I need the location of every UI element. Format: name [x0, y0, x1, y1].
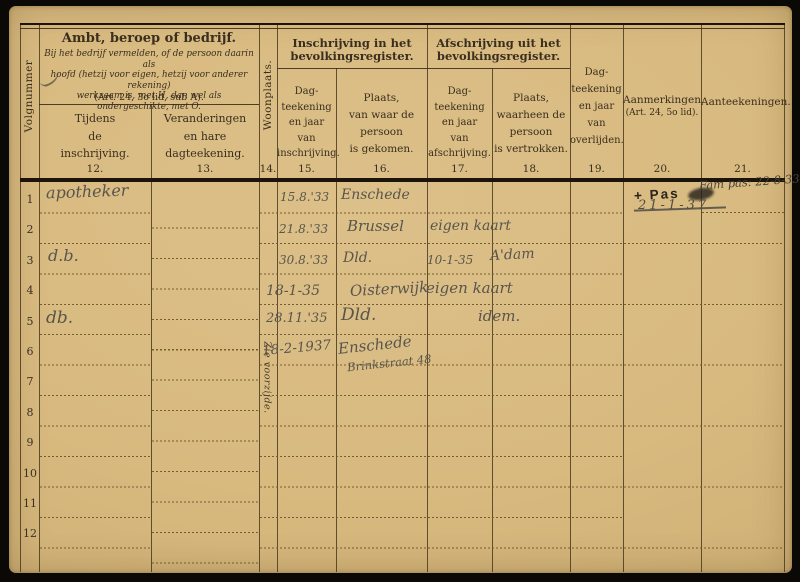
col20-number: 20.	[623, 163, 701, 175]
row-number-8: 8	[20, 406, 40, 419]
row-number-3: 3	[20, 254, 40, 267]
inschrijving-group-title: Inschrijving in het bevolkingsregister.	[277, 37, 427, 63]
col12-number: 12.	[39, 163, 151, 175]
row-number-2: 2	[20, 223, 40, 236]
row-number-12: 12	[20, 527, 40, 540]
col13-label: Veranderingen en hare dagteekening.	[151, 110, 259, 163]
entry-inschrijving-datum-row4: 18-1-35	[266, 284, 320, 299]
col19-label: Dag- teekening en jaar van overlijden.	[570, 64, 623, 149]
col18-label: Plaats, waarheen de persoon is vertrokke…	[492, 90, 570, 158]
entry-inschrijving-datum-row2: 21.8.'33	[279, 223, 328, 236]
col13-number: 13.	[151, 163, 259, 175]
entry-inschrijving-datum-row5: 28.11.'35	[266, 312, 327, 326]
row-number-10: 10	[20, 467, 40, 480]
woonplaats-column-label: Woonplaats.	[262, 50, 274, 140]
grid-line-header-body-separator	[20, 178, 785, 182]
col16-label: Plaats, van waar de persoon is gekomen.	[336, 90, 427, 158]
entry-afschrijving-row5: idem.	[478, 309, 520, 325]
row-number-7: 7	[20, 375, 40, 388]
row-number-6: 6	[20, 345, 40, 358]
row-number-1: 1	[20, 193, 40, 206]
entry-afschrijving-row2: eigen kaart	[430, 219, 511, 234]
entry-beroep-row5: db.	[46, 310, 73, 328]
grid-line-top-outer	[20, 23, 785, 25]
entry-afschrijving-plaats-row3: A'dam	[490, 247, 535, 264]
col12-label: Tijdens de inschrijving.	[39, 110, 151, 163]
grid-line-under-group-headers	[277, 68, 570, 69]
entry-inschrijving-datum-row3: 30.8.'33	[279, 254, 328, 267]
entry-beroep-row3: d.b.	[48, 248, 79, 265]
grid-line-top-inner	[20, 28, 785, 29]
scan-background: Volgnummer Woonplaats. Zie voorzijde. Am…	[0, 0, 800, 582]
col18-number: 18.	[492, 163, 570, 175]
ambt-group-title: Ambt, beroep of bedrijf.	[39, 31, 259, 46]
entry-afschrijving-row4: eigen kaart	[426, 281, 513, 297]
col16-number: 16.	[336, 163, 427, 175]
col20-sublabel: (Art. 24, 5o lid).	[623, 108, 701, 118]
row-number-5: 5	[20, 315, 40, 328]
ambt-group-article: (Art. 24, 3o lid, sub A).	[39, 92, 259, 103]
dotted-lines-col12	[40, 183, 150, 549]
entry-herkomst-row5: Dld.	[341, 307, 376, 325]
row-number-4: 4	[20, 284, 40, 297]
col21-label: Aanteekeningen.	[701, 96, 784, 108]
col14-number: 14.	[259, 163, 277, 175]
grid-line-left-edge	[20, 24, 21, 572]
col15-label: Dag- teekening en jaar van inschrijving.	[277, 84, 336, 162]
entry-beroep-row1: apotheker	[46, 183, 129, 203]
col19-number: 19.	[570, 163, 623, 175]
dotted-lines-col14-19	[260, 183, 622, 549]
volgnummer-column-label: Volgnummer	[23, 51, 35, 141]
dotted-line-col21-row1	[702, 212, 784, 213]
col17-number: 17.	[427, 163, 492, 175]
col15-number: 15.	[277, 163, 336, 175]
col20-label: Aanmerkingen.	[623, 94, 701, 106]
entry-herkomst-row2: Brussel	[347, 219, 404, 235]
entry-afschrijving-datum-row3: 10-1-35	[427, 254, 473, 267]
row-number-11: 11	[20, 497, 40, 510]
dotted-lines-col13-offset	[152, 198, 258, 564]
row-number-9: 9	[20, 436, 40, 449]
entry-herkomst-row3: Dld.	[343, 251, 372, 266]
entry-herkomst-row1: Enschede	[341, 188, 410, 203]
afschrijving-group-title: Afschrijving uit het bevolkingsregister.	[427, 37, 570, 63]
col17-label: Dag- teekening en jaar van afschrijving.	[427, 84, 492, 162]
dotted-lines-col20-21	[624, 183, 784, 549]
entry-inschrijving-datum-row1: 15.8.'33	[280, 191, 329, 204]
